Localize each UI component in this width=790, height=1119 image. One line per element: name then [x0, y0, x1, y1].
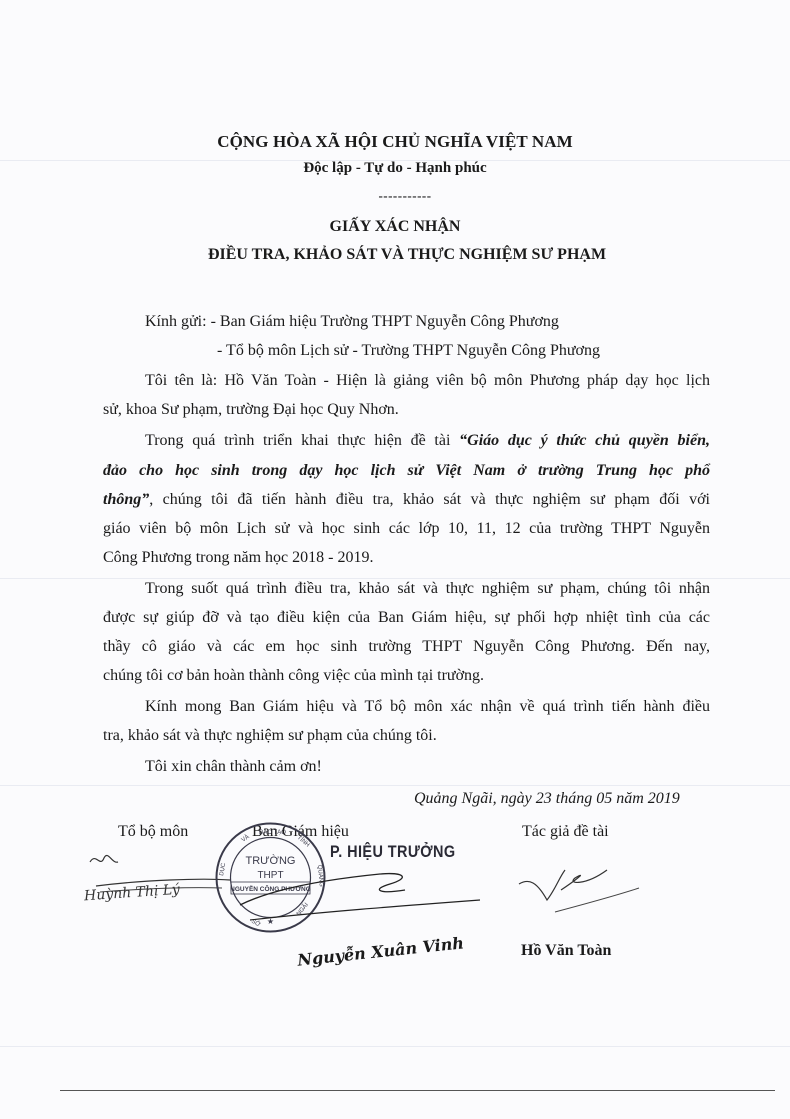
paragraph-2-line-4: giáo viên bộ môn Lịch sử và học sinh các… — [103, 520, 710, 538]
recipient-line-2: - Tổ bộ môn Lịch sử - Trường THPT Nguyễn… — [217, 342, 600, 360]
author-signature-icon — [515, 860, 645, 920]
paragraph-4-line-1: Kính mong Ban Giám hiệu và Tổ bộ môn xác… — [145, 698, 710, 716]
paragraph-3-line-1: Trong suốt quá trình điều tra, khảo sát … — [145, 580, 710, 598]
document-subtitle: ĐIỀU TRA, KHẢO SÁT VÀ THỰC NGHIỆM SƯ PHẠ… — [12, 246, 790, 264]
author-name: Hồ Văn Toàn — [521, 942, 611, 960]
header-separator: ----------- — [10, 188, 790, 204]
intro-line-1: Tôi tên là: Hồ Văn Toàn - Hiện là giảng … — [145, 372, 710, 390]
svg-text:DỤC: DỤC — [219, 862, 227, 877]
principal-signature-icon — [230, 860, 490, 930]
scan-artifact — [0, 785, 790, 786]
country-heading: CỘNG HÒA XÃ HỘI CHỦ NGHĨA VIỆT NAM — [0, 132, 790, 152]
thesis-title-middle: đảo cho học sinh trong dạy học lịch sử V… — [103, 462, 710, 480]
department-title: Tổ bộ môn — [118, 823, 188, 841]
paragraph-4-line-2: tra, khảo sát và thực nghiệm sư phạm của… — [103, 727, 437, 745]
paragraph-2-line-1: Trong quá trình triển khai thực hiện đề … — [145, 432, 710, 450]
svg-text:ĐÀO TẠO: ĐÀO TẠO — [259, 829, 286, 836]
intro-line-2: sử, khoa Sư phạm, trường Đại học Quy Nhơ… — [103, 401, 399, 419]
author-title: Tác giả đề tài — [522, 823, 609, 841]
document-page: CỘNG HÒA XÃ HỘI CHỦ NGHĨA VIỆT NAM Độc l… — [0, 0, 790, 1119]
national-motto: Độc lập - Tự do - Hạnh phúc — [0, 160, 790, 177]
svg-text:TỈNH: TỈNH — [296, 834, 311, 848]
principal-name-signature: Nguyễn Xuân Vinh — [296, 933, 464, 969]
bottom-divider — [60, 1090, 775, 1091]
paragraph-2-line-3: thông”, chúng tôi đã tiến hành điều tra,… — [103, 491, 710, 509]
paragraph-3-line-3: thầy cô giáo và các em học sinh trường T… — [103, 638, 710, 656]
p2-plain-text: , chúng tôi đã tiến hành điều tra, khảo … — [149, 491, 710, 508]
paragraph-3-line-2: được sự giúp đỡ và tạo điều kiện của Ban… — [103, 609, 710, 627]
thesis-title-end: thông” — [103, 491, 149, 508]
scan-artifact — [0, 578, 790, 579]
closing-thanks: Tôi xin chân thành cảm ơn! — [145, 758, 322, 776]
document-title: GIẤY XÁC NHẬN — [0, 218, 790, 236]
scan-artifact — [0, 1046, 790, 1047]
thesis-title-start: “Giáo dục ý thức chủ quyền biển, — [459, 432, 710, 449]
p2-plain-text: Trong quá trình triển khai thực hiện đề … — [145, 432, 459, 449]
paragraph-3-line-4: chúng tôi cơ bản hoàn thành công việc củ… — [103, 667, 484, 685]
recipient-line-1: Kính gửi: - Ban Giám hiệu Trường THPT Ng… — [145, 313, 559, 331]
svg-text:VÀ: VÀ — [240, 833, 251, 843]
vice-principal-role: P. HIỆU TRƯỞNG — [330, 842, 456, 862]
paragraph-2-line-5: Công Phương trong năm học 2018 - 2019. — [103, 549, 373, 567]
place-and-date: Quảng Ngãi, ngày 23 tháng 05 năm 2019 — [414, 790, 680, 808]
